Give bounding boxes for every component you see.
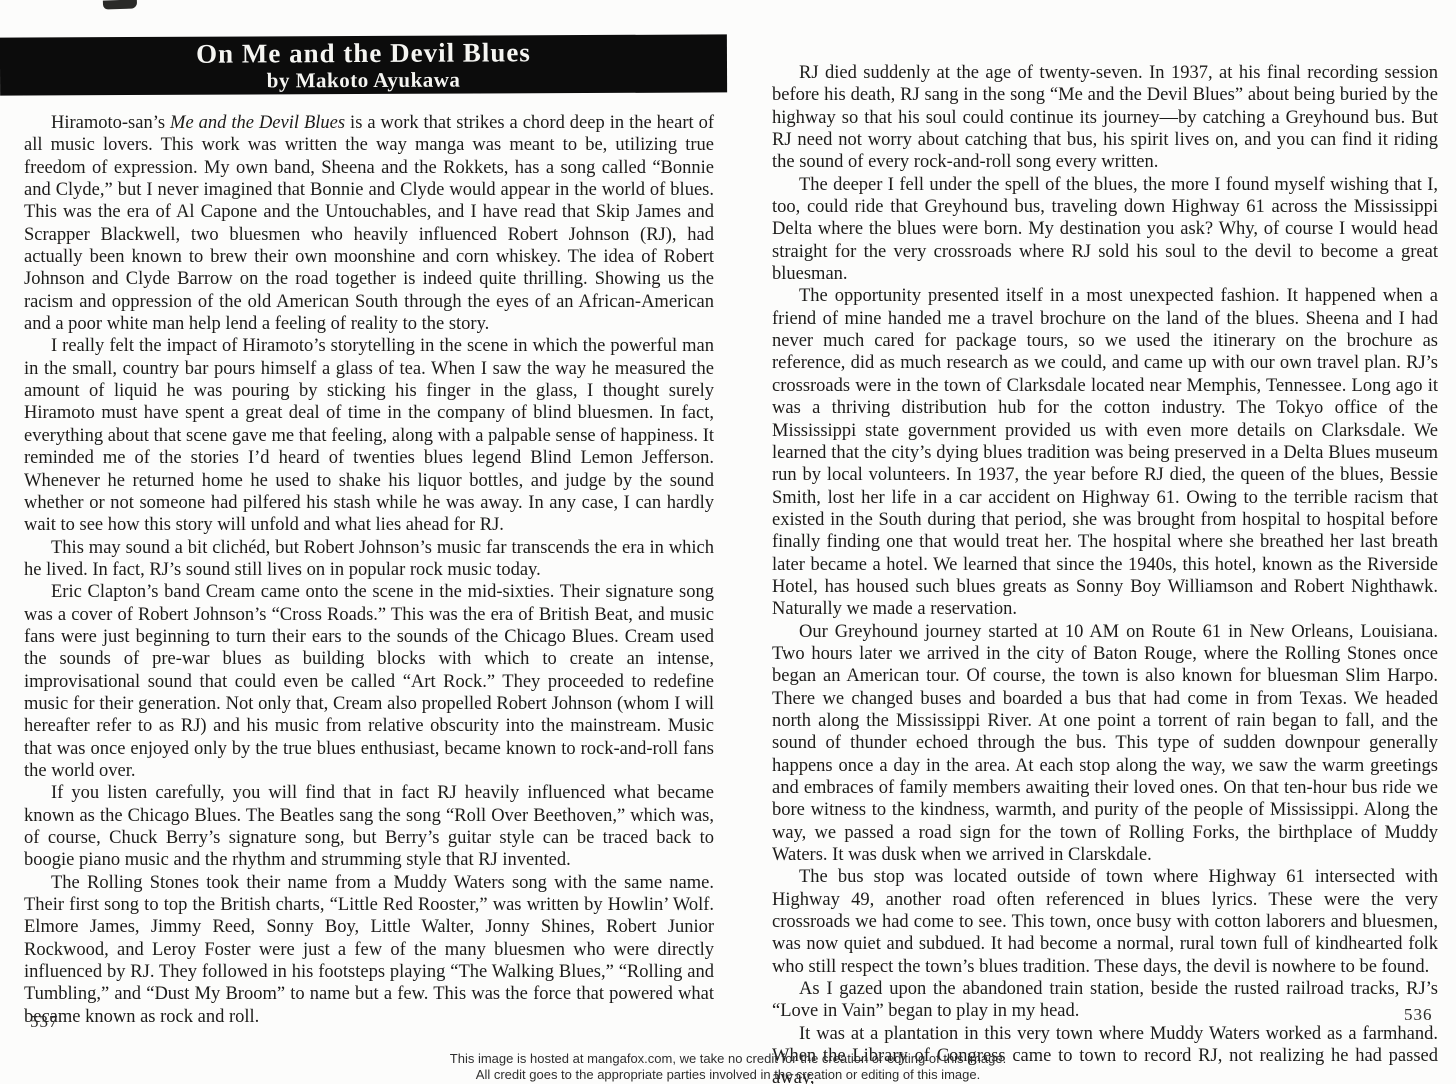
paragraph: The Rolling Stones took their name from … bbox=[24, 872, 714, 1028]
right-page-text-column: RJ died suddenly at the age of twenty-se… bbox=[772, 62, 1438, 1084]
paragraph: As I gazed upon the abandoned train stat… bbox=[772, 978, 1438, 1023]
text-run: If you listen carefully, you will find t… bbox=[24, 783, 714, 870]
text-run: I really felt the impact of Hiramoto’s s… bbox=[24, 336, 714, 535]
left-page-text-column: Hiramoto-san’s Me and the Devil Blues is… bbox=[24, 112, 714, 1028]
text-run: Hiramoto-san’s bbox=[51, 113, 170, 133]
text-run: The bus stop was located outside of town… bbox=[772, 867, 1438, 976]
text-run: is a work that strikes a chord deep in t… bbox=[24, 113, 714, 334]
page-number-left: 537 bbox=[30, 1012, 59, 1032]
text-run: Our Greyhound journey started at 10 AM o… bbox=[772, 622, 1438, 865]
text-run: The Rolling Stones took their name from … bbox=[24, 873, 714, 1027]
paragraph: The bus stop was located outside of town… bbox=[772, 866, 1438, 978]
paragraph: Hiramoto-san’s Me and the Devil Blues is… bbox=[24, 112, 714, 335]
text-run: RJ died suddenly at the age of twenty-se… bbox=[772, 63, 1438, 172]
scanned-manga-essay-page: On Me and the Devil Blues by Makoto Ayuk… bbox=[0, 0, 1456, 1084]
hosting-credit-footer: This image is hosted at mangafox.com, we… bbox=[0, 1051, 1456, 1082]
essay-title: On Me and the Devil Blues bbox=[0, 37, 727, 69]
hosting-credit-line-1: This image is hosted at mangafox.com, we… bbox=[0, 1051, 1456, 1067]
italic-text-run: Me and the Devil Blues bbox=[170, 113, 345, 133]
paragraph: RJ died suddenly at the age of twenty-se… bbox=[772, 62, 1438, 174]
paragraph: This may sound a bit clichéd, but Robert… bbox=[24, 537, 714, 582]
essay-title-banner: On Me and the Devil Blues by Makoto Ayuk… bbox=[0, 34, 727, 95]
paragraph: The opportunity presented itself in a mo… bbox=[772, 285, 1438, 620]
paragraph: The deeper I fell under the spell of the… bbox=[772, 174, 1438, 286]
page-number-right: 536 bbox=[1404, 1005, 1433, 1025]
text-run: Eric Clapton’s band Cream came onto the … bbox=[24, 582, 714, 781]
text-run: As I gazed upon the abandoned train stat… bbox=[772, 979, 1438, 1021]
text-run: The deeper I fell under the spell of the… bbox=[772, 175, 1438, 284]
hosting-credit-line-2: All credit goes to the appropriate parti… bbox=[0, 1067, 1456, 1083]
paragraph: Our Greyhound journey started at 10 AM o… bbox=[772, 621, 1438, 867]
text-run: This may sound a bit clichéd, but Robert… bbox=[24, 538, 714, 580]
paragraph: If you listen carefully, you will find t… bbox=[24, 782, 714, 871]
text-run: The opportunity presented itself in a mo… bbox=[772, 286, 1438, 619]
paragraph: I really felt the impact of Hiramoto’s s… bbox=[24, 335, 714, 536]
essay-author-byline: by Makoto Ayukawa bbox=[0, 67, 727, 93]
scan-smudge-artifact bbox=[103, 0, 137, 10]
paragraph: Eric Clapton’s band Cream came onto the … bbox=[24, 581, 714, 782]
